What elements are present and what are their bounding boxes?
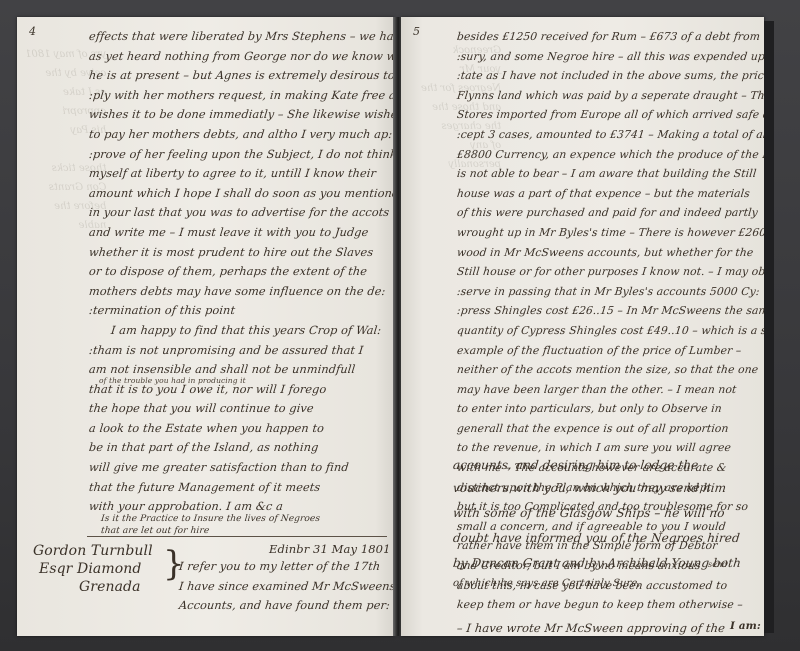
text-line: keep them or have begun to keep them oth… (456, 595, 764, 615)
text-line: to enter into particulars, but only to O… (456, 399, 764, 419)
text-line: in your last that you was to advertise f… (88, 203, 394, 223)
text-line: be in that part of the Island, as nothin… (88, 438, 394, 458)
text-line: to pay her mothers debts, and altho I ve… (88, 125, 394, 145)
text-line: amount which I hope I shall do soon as y… (88, 184, 394, 204)
text-line: Accounts, and have found them per: (178, 596, 394, 616)
text-line: myself at liberty to agree to it, untill… (88, 164, 394, 184)
text-line: – I have wrote Mr McSween approving of t… (456, 615, 764, 636)
text-line: he is at present – but Agnes is extremel… (88, 66, 394, 86)
text-line: Stores imported from Europe all of which… (456, 105, 764, 125)
second-letter-opening: I refer you to my letter of the 17th I h… (179, 557, 394, 616)
text-line: :ply with her mothers request, in making… (88, 86, 394, 106)
catchword-right: I am: (730, 620, 761, 632)
text-line: mothers debts may have some influence on… (88, 282, 394, 302)
text-line: doubt have informed you of the Negroes h… (452, 526, 743, 551)
text-line: a look to the Estate when you happen to (88, 419, 394, 439)
interlinear-insertion: of the trouble you had in producing it (99, 376, 246, 385)
text-line: of this were purchased and paid for and … (456, 203, 764, 223)
postscript: Is it the Practice to Insure the lives o… (101, 513, 320, 537)
letter-body-top: effects that were liberated by Mrs Steph… (89, 27, 394, 517)
text-line: wood in Mr McSweens accounts, but whethe… (456, 243, 764, 263)
text-line: :tham is not unpromising and be assured … (88, 341, 394, 361)
text-line: £8800 Currency, an expence which the pro… (456, 145, 764, 165)
text-line: that the future Management of it meets (88, 478, 394, 498)
text-line: :tate as I have not included in the abov… (456, 66, 764, 86)
text-line: Is it the Practice to Insure the lives o… (100, 513, 320, 525)
text-line: :termination of this point (88, 301, 394, 321)
text-line: I am happy to find that this years Crop … (88, 321, 394, 341)
page-number-right: 5 (413, 25, 420, 38)
letter-body-closing: accounts, and desiring him to lodge the … (453, 454, 741, 593)
dateline: Edinbr 31 May 1801 (269, 542, 391, 556)
addressee-island: Grenada (33, 578, 153, 596)
text-line: example of the fluctuation of the price … (456, 341, 764, 361)
interlinear-insertion-send: send (708, 560, 728, 569)
page-edge-shadow (764, 21, 774, 633)
text-line: accounts, and desiring him to lodge the (452, 454, 742, 476)
text-line: neither of the accots mention the size, … (456, 360, 764, 380)
text-line: :cept 3 cases, amounted to £3741 – Makin… (456, 125, 764, 145)
text-line: with some of the Glasgow Ships – he will… (452, 501, 743, 526)
text-line: or to dispose of them, perhaps the exten… (88, 262, 394, 282)
section-divider (87, 536, 387, 537)
text-line: effects that were liberated by Mrs Steph… (88, 27, 394, 47)
text-line: I refer you to my letter of the 17th (178, 557, 394, 577)
text-line: :prove of her feeling upon the Subject, … (88, 145, 394, 165)
text-line: is not able to bear – I am aware that bu… (456, 164, 764, 184)
text-line: of which he says are Certainly Sure, (452, 575, 742, 593)
page-number-left: 4 (29, 25, 36, 38)
text-line: I have since examined Mr McSweens (178, 577, 394, 597)
text-line: besides £1250 received for Rum – £673 of… (456, 27, 764, 47)
text-line: quantity of Cypress Shingles cost £49..1… (456, 321, 764, 341)
text-line: :press Shingles cost £26..15 – In Mr McS… (456, 301, 764, 321)
text-line: house was a part of that expence – but t… (456, 184, 764, 204)
left-page: 4 yrs of may 1801ceive by theas I takeap… (17, 17, 394, 636)
text-line: will give me greater satisfaction than t… (88, 458, 394, 478)
text-line: whether it is most prudent to hire out t… (88, 243, 394, 263)
addressee-estate: Esqr Diamond (33, 560, 153, 578)
text-line: vouchers with you, which you may send hi… (452, 476, 743, 501)
text-line: Still house or for other purposes I know… (456, 262, 764, 282)
right-page: 5 Greenockyour MrNegroes for theand thos… (401, 17, 764, 636)
text-line: may have been larger than the other. – I… (456, 380, 764, 400)
text-line: generall that the expence is out of all … (456, 419, 764, 439)
text-line: wishes it to be done immediatly – She li… (88, 105, 394, 125)
text-line: :serve in passing that in Mr Byles's acc… (456, 282, 764, 302)
text-line: :sury, and some Negroe hire – all this w… (456, 47, 764, 67)
addressee-block: Gordon Turnbull Esqr Diamond Grenada (33, 542, 153, 596)
text-line: as yet heard nothing from George nor do … (88, 47, 394, 67)
text-line: and write me – I must leave it with you … (88, 223, 394, 243)
text-line: wrought up in Mr Byles's time – There is… (456, 223, 764, 243)
addressee-name: Gordon Turnbull (33, 542, 153, 560)
text-line: Flynns land which was paid by a seperate… (456, 86, 764, 106)
text-line: the hope that you will continue to give (88, 399, 394, 419)
open-letter-book: 4 yrs of may 1801ceive by theas I takeap… (17, 17, 781, 637)
text-line: by Duncan Grant and by Archibald Young b… (452, 551, 742, 575)
